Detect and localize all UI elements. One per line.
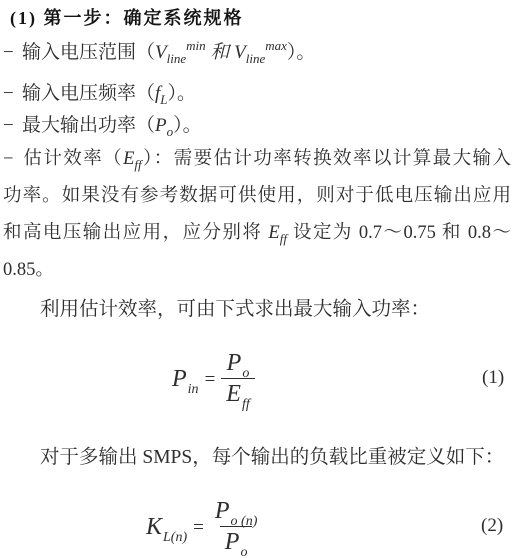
bullet-max-output-power: −最大输出功率（Po）。 — [3, 112, 202, 140]
text-segment: 功率。如果没有参考数据可供使用，则对于低电压输出应用 — [3, 186, 511, 206]
paragraph-line: −估计效率（Eff）：需要估计功率转换效率以计算最大输入 — [3, 141, 511, 178]
subscript-Ln: L(n) — [163, 530, 187, 545]
fraction-denominator: Eff — [221, 378, 254, 408]
fraction-numerator: Po — [222, 349, 255, 378]
paragraph-line: 0.85。 — [3, 252, 511, 289]
equals-sign: = — [205, 369, 216, 391]
line-text: 功率。如果没有参考数据可供使用，则对于低电压输出应用 — [3, 186, 511, 206]
text-segment: ff — [280, 231, 287, 246]
paragraph-line: 功率。如果没有参考数据可供使用，则对于低电压输出应用 — [3, 178, 511, 215]
bullet-line-frequency: −输入电压频率（fL）。 — [3, 80, 196, 108]
paragraph-multi-output-intro: 对于多输出 SMPS，每个输出的负载比重被定义如下： — [40, 444, 504, 471]
variable-P: P — [227, 350, 242, 376]
fraction-numerator: Po (n) — [210, 497, 263, 526]
text-segment: min — [186, 38, 206, 53]
equation-number-1: (1) — [482, 364, 504, 391]
bullet-input-voltage-range: −输入电压范围（Vlinemin 和 Vlinemax）。 — [3, 39, 315, 67]
bullet-text: 输入电压频率（fL）。 — [22, 83, 196, 104]
text-segment: 最大输出功率（ — [22, 115, 155, 136]
text-segment: 输入电压范围（ — [22, 42, 155, 63]
variable-K: K — [146, 514, 162, 540]
bullet-text: 最大输出功率（Po）。 — [22, 115, 202, 136]
text-segment: line — [167, 51, 187, 66]
subscript-in: in — [188, 382, 199, 397]
text-segment: E — [268, 223, 279, 243]
text-segment: line — [246, 51, 266, 66]
text-segment: V — [155, 42, 167, 63]
text-segment: ）。 — [168, 83, 197, 104]
bullet-dash: − — [3, 80, 22, 107]
line-text: 和高电压输出应用，应分别将 Eff 设定为 0.7～0.75 和 0.8～ — [3, 223, 511, 243]
section-title: (1) 第一步：确定系统规格 — [10, 4, 244, 30]
text-segment: 输入电压频率（ — [22, 83, 155, 104]
bullet-dash: − — [3, 112, 22, 139]
variable-P: P — [225, 529, 240, 555]
fraction: Po (n) Po — [210, 497, 263, 556]
text-segment: ff — [134, 157, 141, 172]
text-segment: E — [123, 149, 134, 169]
variable-P: P — [172, 366, 187, 392]
subscript-on: o (n) — [231, 514, 258, 529]
bullet-estimated-efficiency-paragraph: −估计效率（Eff）：需要估计功率转换效率以计算最大输入 功率。如果没有参考数据… — [3, 141, 511, 289]
equation-pin: Pin = Po Eff — [172, 349, 255, 408]
text-segment: 0.85。 — [3, 260, 54, 280]
text-segment: o — [167, 124, 174, 139]
text-segment: L — [160, 92, 167, 107]
text-segment: 和高电压输出应用，应分别将 — [3, 223, 268, 243]
equation-lhs: KL(n) — [146, 513, 187, 541]
subscript-ff: ff — [242, 397, 250, 412]
fraction: Po Eff — [221, 349, 254, 408]
document-page: (1) 第一步：确定系统规格 −输入电压范围（Vlinemin 和 Vlinem… — [0, 0, 517, 558]
paragraph-input-power-intro: 利用估计效率，可由下式求出最大输入功率： — [40, 296, 430, 323]
subscript-o: o — [242, 366, 249, 381]
text-segment: max — [265, 38, 287, 53]
text-segment: 设定为 0.7～0.75 和 0.8～ — [287, 223, 511, 243]
text-segment: P — [155, 115, 167, 136]
equals-sign: = — [193, 517, 204, 539]
bullet-text: 输入电压范围（Vlinemin 和 Vlinemax）。 — [22, 42, 315, 63]
subscript-o: o — [240, 545, 247, 558]
text-segment: ）。 — [173, 115, 202, 136]
line-text: 估计效率（Eff）：需要估计功率转换效率以计算最大输入 — [22, 149, 511, 169]
equation-number-2: (2) — [481, 512, 503, 539]
text-segment: V — [234, 42, 246, 63]
text-segment: ）：需要估计功率转换效率以计算最大输入 — [142, 149, 511, 169]
equation-kl: KL(n) = Po (n) Po — [146, 497, 262, 556]
bullet-dash: − — [3, 141, 22, 178]
text-segment: 估计效率（ — [22, 149, 123, 169]
bullet-dash: − — [3, 39, 22, 66]
equation-lhs: Pin — [172, 365, 199, 393]
fraction-denominator: Po — [220, 526, 253, 556]
paragraph-line: 和高电压输出应用，应分别将 Eff 设定为 0.7～0.75 和 0.8～ — [3, 215, 511, 252]
text-segment: 和 — [210, 42, 229, 63]
text-segment: ）。 — [287, 42, 316, 63]
variable-P: P — [215, 498, 230, 524]
line-text: 0.85。 — [3, 260, 54, 280]
variable-E: E — [226, 381, 241, 407]
